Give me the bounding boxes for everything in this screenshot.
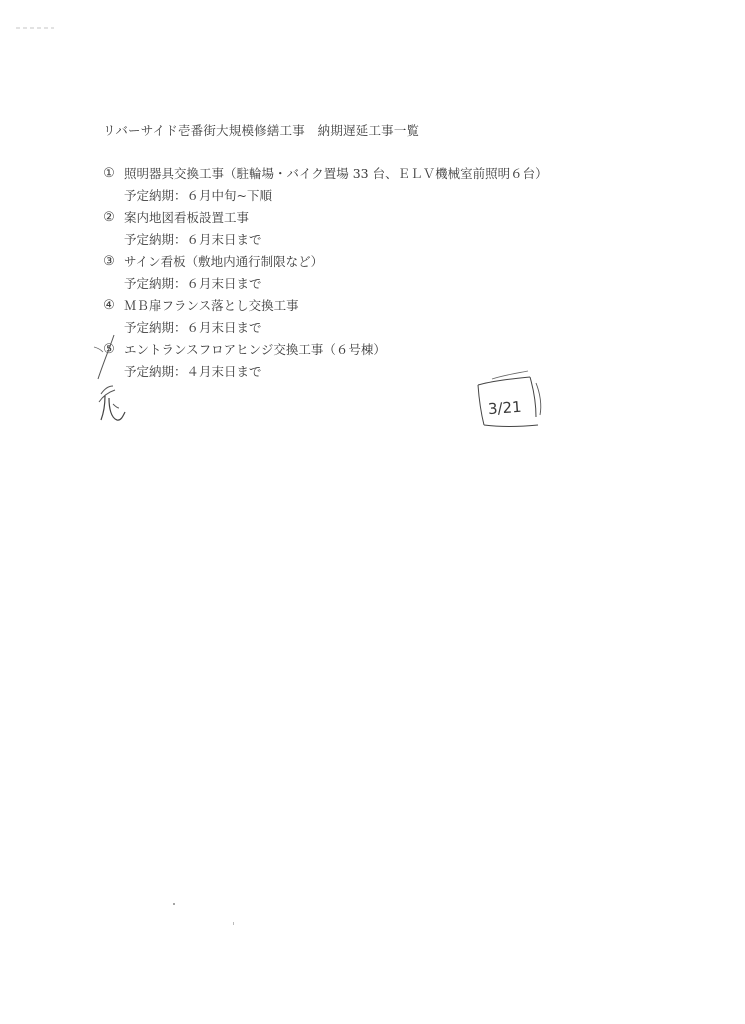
item-name: エントランスフロアヒンジ交換工事（６号棟） <box>124 339 386 361</box>
item-due-date: 予定納期：６月末日まで <box>124 317 262 339</box>
item-name: ＭＢ扉フランス落とし交換工事 <box>124 295 299 317</box>
handwritten-initials <box>95 382 129 428</box>
item-number: ③ <box>99 251 119 273</box>
item-number: ④ <box>99 295 119 317</box>
item-number: ② <box>99 207 119 229</box>
item-name: 案内地図看板設置工事 <box>124 207 249 229</box>
item-due-date: 予定納期：６月末日まで <box>124 273 262 295</box>
scan-artifact <box>16 27 54 29</box>
item-name: サイン看板（敷地内通行制限など） <box>124 251 323 273</box>
scan-speck <box>233 922 234 925</box>
item-due-date: 予定納期：６月末日まで <box>124 229 262 251</box>
scanned-document-page: リバーサイド壱番街大規模修繕工事 納期遅延工事一覧 ① 照明器具交換工事（駐輪場… <box>0 0 745 1024</box>
item-name: 照明器具交換工事（駐輪場・バイク置場 33 台、ＥＬＶ機械室前照明６台） <box>124 163 548 185</box>
item-number: ① <box>99 163 119 185</box>
item-due-date: 予定納期：４月末日まで <box>124 361 262 383</box>
item-due-date: 予定納期：６月中旬~下順 <box>124 185 272 207</box>
item-number: ⑤ <box>99 339 119 361</box>
document-title: リバーサイド壱番街大規模修繕工事 納期遅延工事一覧 <box>103 121 419 139</box>
scan-speck <box>173 903 175 905</box>
date-stamp-text: 3/21 <box>487 398 522 418</box>
handwritten-date-stamp: 3/21 <box>474 369 554 431</box>
